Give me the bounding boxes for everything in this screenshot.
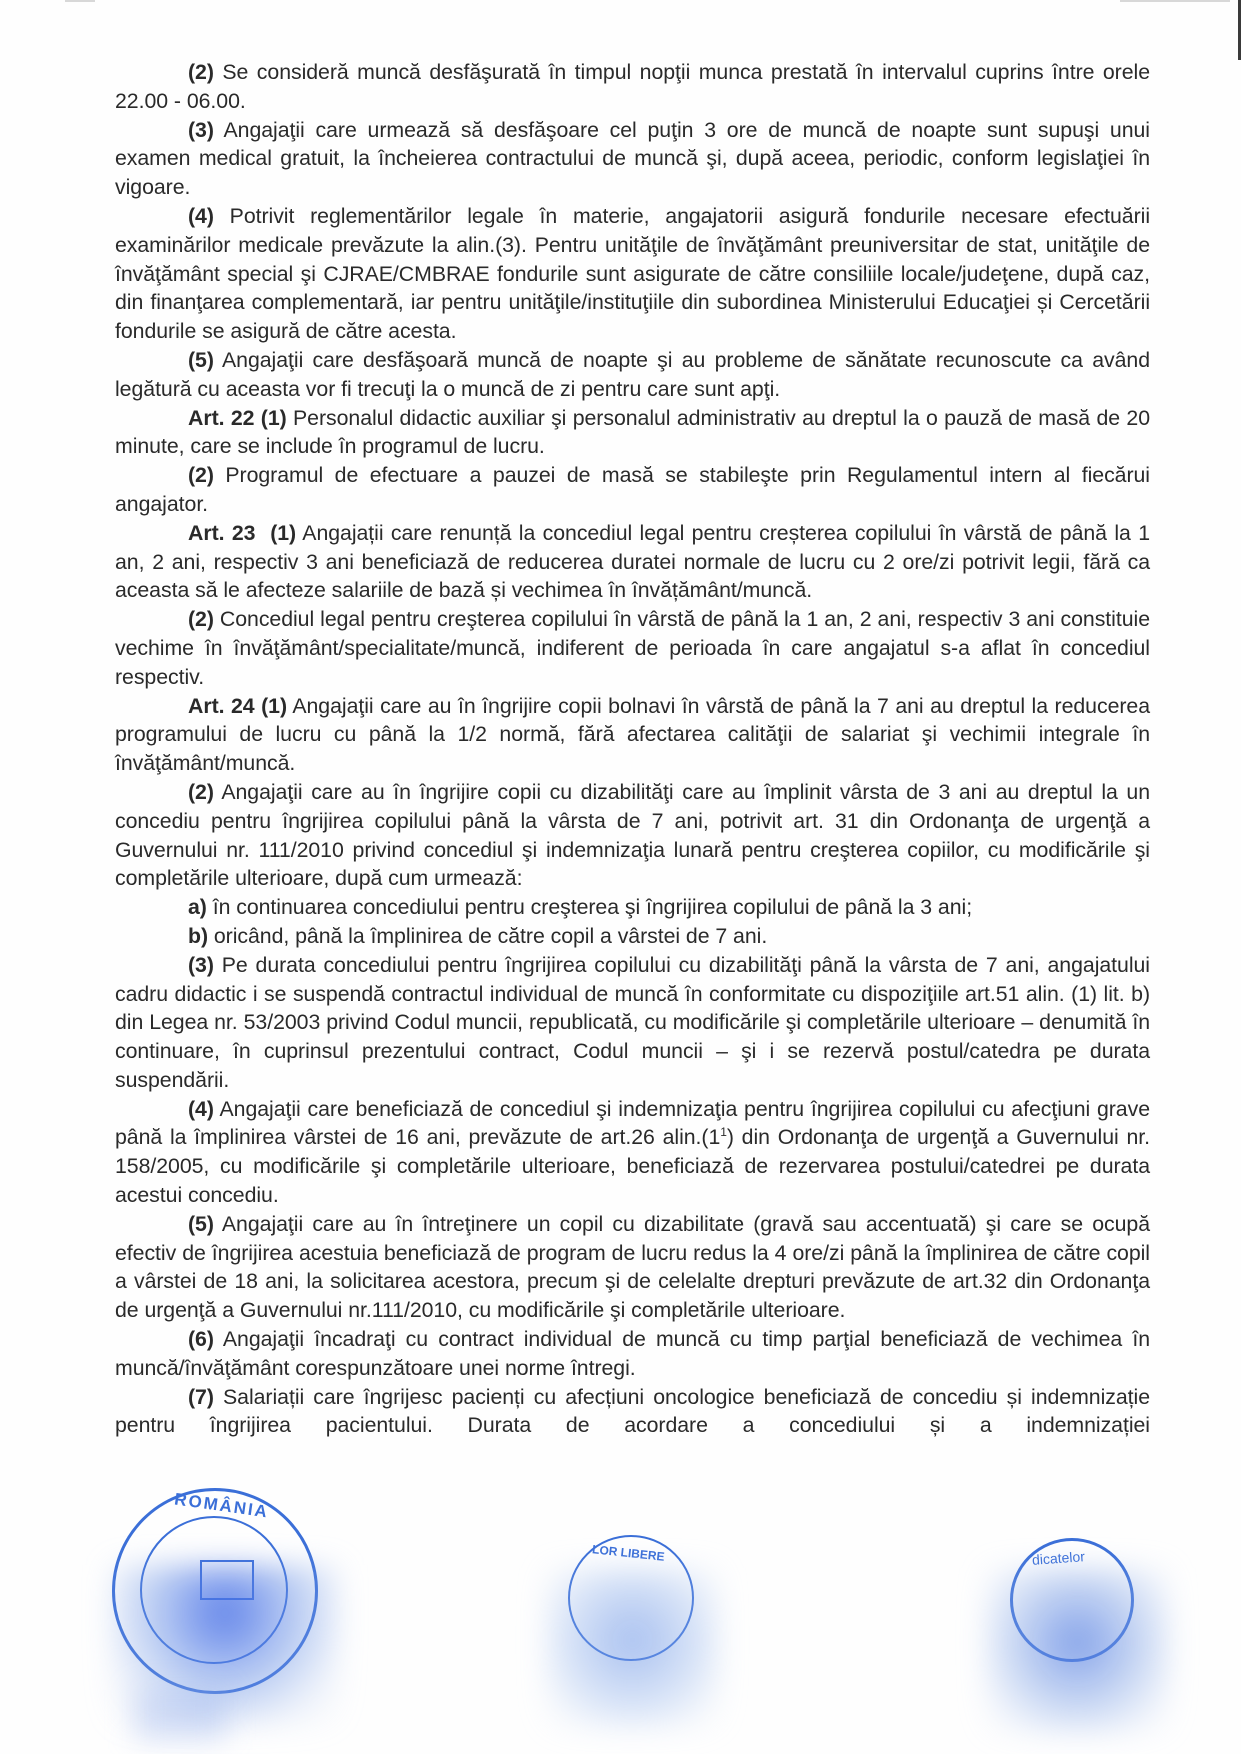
article-24-para-2: (2) Angajaţii care au în îngrijire copii… xyxy=(115,778,1150,893)
paragraph-night-work-definition: (2) Se consideră muncă desfăşurată în ti… xyxy=(115,58,1150,116)
article-22-para-1: Art. 22 (1) Personalul didactic auxiliar… xyxy=(115,404,1150,462)
list-item-text: în continuarea concediului pentru creşte… xyxy=(207,895,972,919)
paragraph-label: (2) xyxy=(188,60,214,84)
article-label: Art. 22 (1) xyxy=(188,406,287,430)
paragraph-medical-funds: (4) Potrivit reglementărilor legale în m… xyxy=(115,202,1150,346)
paragraph-text: Se consideră muncă desfăşurată în timpul… xyxy=(115,60,1150,113)
stamp-center-blur xyxy=(545,1568,720,1728)
paragraph-label: (6) xyxy=(188,1327,214,1351)
paragraph-text: Angajaţii încadraţi cu contract individu… xyxy=(115,1327,1150,1380)
article-23-para-2: (2) Concediul legal pentru creşterea cop… xyxy=(115,605,1150,691)
paragraph-label: (5) xyxy=(188,1212,214,1236)
paragraph-text: Angajaţii care desfăşoară muncă de noapt… xyxy=(115,348,1150,401)
list-item-label: a) xyxy=(188,895,207,919)
paragraph-label: (4) xyxy=(188,204,214,228)
list-item-label: b) xyxy=(188,924,208,948)
list-item-text: oricând, până la împlinirea de către cop… xyxy=(208,924,767,948)
article-24-para-3: (3) Pe durata concediului pentru îngriji… xyxy=(115,951,1150,1095)
paragraph-text: Programul de efectuare a pauzei de masă … xyxy=(115,463,1150,516)
paragraph-label: (2) xyxy=(188,780,214,804)
stamp-right-blur xyxy=(985,1568,1170,1733)
article-24-para-4: (4) Angajaţii care beneficiază de conced… xyxy=(115,1095,1150,1210)
article-24-para-5: (5) Angajaţii care au în întreţinere un … xyxy=(115,1210,1150,1325)
stamp-left-tail-blur xyxy=(135,1690,225,1740)
paragraph-text: Concediul legal pentru creşterea copilul… xyxy=(115,607,1150,689)
paragraph-label: (2) xyxy=(188,607,214,631)
article-23-para-1: Art. 23 (1) Angajații care renunță la co… xyxy=(115,519,1150,605)
paragraph-text: Salariații care îngrijesc pacienți cu af… xyxy=(115,1385,1150,1438)
document-body: (2) Se consideră muncă desfăşurată în ti… xyxy=(115,58,1150,1440)
list-item-b: b) oricând, până la împlinirea de către … xyxy=(115,922,1150,951)
paragraph-medical-exam: (3) Angajaţii care urmează să desfăşoare… xyxy=(115,116,1150,202)
article-24-para-7: (7) Salariații care îngrijesc pacienți c… xyxy=(115,1383,1150,1441)
paragraph-label: (5) xyxy=(188,348,214,372)
scan-edge-left xyxy=(65,0,95,2)
paragraph-label: (2) xyxy=(188,463,214,487)
superscript: 1 xyxy=(720,1125,727,1139)
paragraph-label: (3) xyxy=(188,118,214,142)
paragraph-text: Angajaţii care au în îngrijire copii cu … xyxy=(115,780,1150,890)
paragraph-text: Potrivit reglementărilor legale în mater… xyxy=(115,204,1150,343)
article-22-para-2: (2) Programul de efectuare a pauzei de m… xyxy=(115,461,1150,519)
paragraph-label: (7) xyxy=(188,1385,214,1409)
paragraph-label: (4) xyxy=(188,1097,214,1121)
article-24-para-6: (6) Angajaţii încadraţi cu contract indi… xyxy=(115,1325,1150,1383)
paragraph-text: Pe durata concediului pentru îngrijirea … xyxy=(115,953,1150,1092)
paragraph-text: Angajaţii care au în întreţinere un copi… xyxy=(115,1212,1150,1322)
paragraph-health-transfer: (5) Angajaţii care desfăşoară muncă de n… xyxy=(115,346,1150,404)
article-24-para-1: Art. 24 (1) Angajaţii care au în îngriji… xyxy=(115,692,1150,778)
list-item-a: a) în continuarea concediului pentru cre… xyxy=(115,893,1150,922)
article-label: Art. 24 (1) xyxy=(188,694,287,718)
paragraph-label: (3) xyxy=(188,953,214,977)
paragraph-text: Angajaţii care urmează să desfăşoare cel… xyxy=(115,118,1150,200)
article-label: Art. 23 (1) xyxy=(188,521,296,545)
scan-edge-right xyxy=(1120,0,1230,2)
